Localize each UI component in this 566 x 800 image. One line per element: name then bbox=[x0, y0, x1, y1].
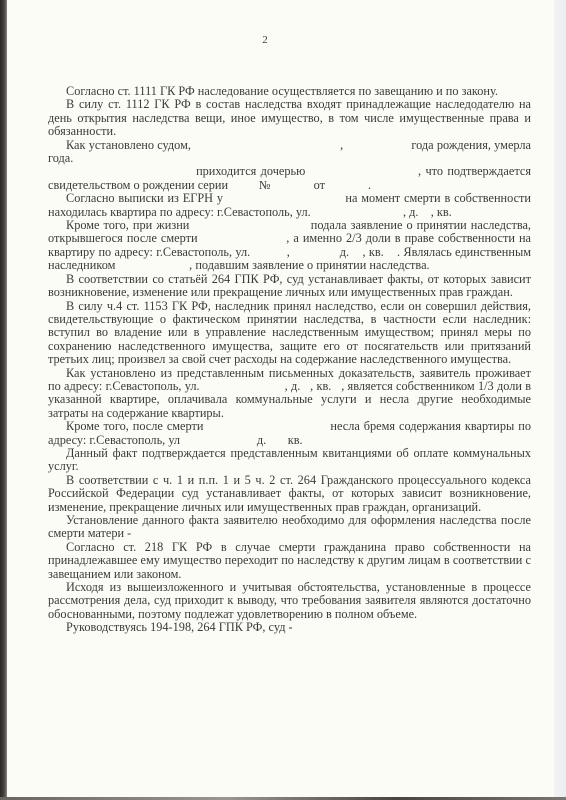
paragraph-purpose: Установление данного факта заявителю нео… bbox=[48, 514, 531, 541]
paragraph-inheritance-basis: Согласно ст. 1111 ГК РФ наследование осу… bbox=[48, 85, 531, 98]
paragraph-guided-by: Руководствуясь 194-198, 264 ГПК РФ, суд … bbox=[48, 621, 531, 634]
paragraph-article-1153: В силу ч.4 ст. 1153 ГК РФ, наследник при… bbox=[48, 300, 531, 367]
paragraph-civil-procedure-code: В соответствии с ч. 1 и п.п. 1 и 5 ч. 2 … bbox=[48, 474, 531, 514]
paragraph-inheritance-composition: В силу ст. 1112 ГК РФ в состав наследств… bbox=[48, 98, 531, 138]
paragraph-conclusion: Исходя из вышеизложенного и учитывая обс… bbox=[48, 581, 531, 621]
paragraph-receipts: Данный факт подтверждается представленны… bbox=[48, 447, 531, 474]
page-number: 2 bbox=[0, 34, 530, 46]
paragraph-article-218: Согласно ст. 218 ГК РФ в случае смерти г… bbox=[48, 541, 531, 581]
paragraph-egrn-extract: Согласно выписки из ЕГРН у на момент сме… bbox=[48, 192, 531, 219]
paragraph-death-fact: Как установлено судом, , года рождения, … bbox=[48, 139, 531, 166]
paragraph-evidence-residence: Как установлено из представленным письме… bbox=[48, 367, 531, 421]
document-body: Согласно ст. 1111 ГК РФ наследование осу… bbox=[48, 85, 531, 635]
scan-edge-left bbox=[0, 0, 7, 800]
paragraph-inheritance-application: Кроме того, при жизни подала заявление о… bbox=[48, 219, 531, 273]
paragraph-article-264: В соответствии со статьёй 264 ГПК РФ, су… bbox=[48, 273, 531, 300]
scan-edge-right bbox=[554, 0, 566, 800]
paragraph-maintenance-burden: Кроме того, после смерти несла бремя сод… bbox=[48, 420, 531, 447]
paragraph-kinship: приходится дочерью , что подтверждается … bbox=[48, 165, 531, 192]
